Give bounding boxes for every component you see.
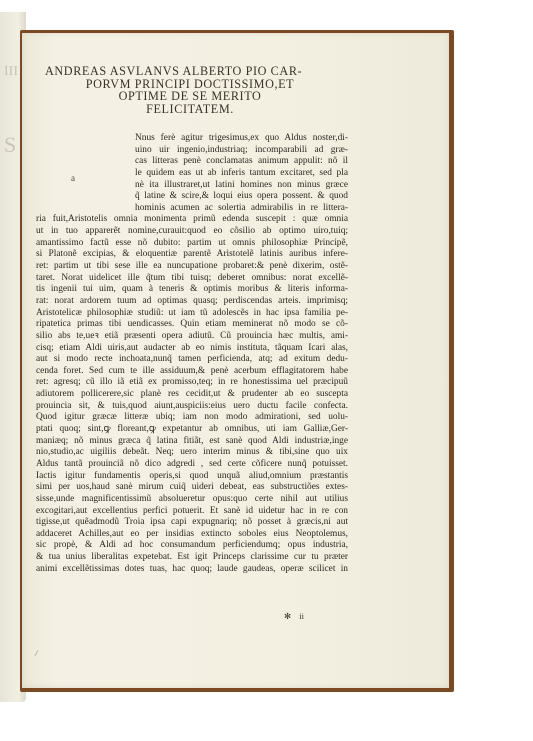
heading-line: FELICITATEM. — [45, 103, 335, 116]
text-line: ripatetica primas tibi uendicasses. Quin… — [36, 319, 348, 331]
text-line: sic propè, & Aldi ad hoc consumandum per… — [36, 540, 348, 552]
text-line: q̃ latine & scire,& loqui eius opera pos… — [36, 191, 348, 203]
verso-ghost-text: III — [4, 64, 18, 80]
text-line: aut si modo recte inchoata,nunq̃ tamen p… — [36, 354, 348, 366]
text-line: Aldus tantã prouinciã nõ dico adgredi , … — [36, 459, 348, 471]
text-line: hominis acumen ac solertia admirabilis i… — [36, 203, 348, 215]
text-line: & tua unius liberalitas expetebat. Est i… — [36, 552, 348, 564]
text-line: silio abs te,ueꝛ etiã præsenti opera adi… — [36, 331, 348, 343]
ornament-icon: ✻ — [284, 611, 291, 621]
recto-page: ANDREAS ASVLANVS ALBERTO PIO CAR- PORVM … — [22, 33, 449, 688]
text-line: maniæq; nõ minus græca q̃ latina fitiãt,… — [36, 436, 348, 448]
text-line: Aristotelicæ philosophiæ studiũ: ut iam … — [36, 308, 348, 320]
heading-line: OPTIME DE SE MERITO — [45, 90, 335, 103]
text-line: simi per uos,haud sanè mirum cuiq̃ uider… — [36, 482, 348, 494]
text-line: taret. Norat uidelicet ille q̃tum tibi t… — [36, 273, 348, 285]
text-line: nè ita illustraret,ut latini homines non… — [36, 180, 348, 192]
heading-line: ANDREAS ASVLANVS ALBERTO PIO CAR- — [45, 65, 335, 78]
text-line: ria fuit,Aristotelis omnia monimenta pri… — [36, 214, 348, 226]
text-line: tigisse,ut quẽadmodũ Troia ipsa capi exp… — [36, 517, 348, 529]
text-line: le quidem eas ut ab inferis tantum excit… — [36, 168, 348, 180]
text-line: Nnus ferè agitur trigesimus,ex quo Aldus… — [36, 133, 348, 145]
text-line: adiutorem pollicerere,sic planè res ceci… — [36, 389, 348, 401]
gathering-mark: ii — [299, 611, 304, 621]
text-line: ret: agresq; cũ illo iã etiã ex promisso… — [36, 377, 348, 389]
text-line: Quod igitur græcæ litteræ ubiq; iam non … — [36, 412, 348, 424]
text-line: tis ingenii tui uim, quam à teneris & op… — [36, 284, 348, 296]
text-line: ret: partim ut tibi sese ille ea nuncupa… — [36, 261, 348, 273]
text-line: animi excellẽtissimas dotes tuas, hac qu… — [36, 564, 348, 576]
text-line: prouincia sit, & tuis,quod aiunt,auspici… — [36, 401, 348, 413]
text-line: amantissimo factũ esse nõ dubito: partim… — [36, 238, 348, 250]
dedication-heading: ANDREAS ASVLANVS ALBERTO PIO CAR- PORVM … — [22, 65, 335, 115]
text-line: cenda foret. Sed cum te ille assiduum,& … — [36, 366, 348, 378]
text-line: excogitari,aut excellentius perfici potu… — [36, 506, 348, 518]
text-line: uino uir ingenio,industriaq; incomparabi… — [36, 145, 348, 157]
signature-footer: ✻ ii — [284, 611, 304, 622]
text-line: ut in tuo apparerẽt nomine,curauit:quod … — [36, 226, 348, 238]
text-line: si Platonẽ excipias, & eloquentiæ parent… — [36, 249, 348, 261]
text-line: ptati quoq; sint,ꝙ floreant,ꝙ expetantur… — [36, 424, 348, 436]
body-text: Nnus ferè agitur trigesimus,ex quo Aldus… — [36, 133, 348, 575]
text-line: sisse,unde magnificentissimũ absolueretu… — [36, 494, 348, 506]
text-line: Iactis igitur fundamentis operis,si quod… — [36, 471, 348, 483]
text-line: addaceret Achilles,aut eo per insidias e… — [36, 529, 348, 541]
verso-ghost-text: S — [4, 132, 16, 158]
text-line: rat: norat ardorem tuum ad optimas quasq… — [36, 296, 348, 308]
text-line: cas litteras penè conclamatas animum app… — [36, 156, 348, 168]
paper-speck — [35, 650, 39, 656]
text-line: nio,studio,ac uigiliis debeãt. Neq; uero… — [36, 447, 348, 459]
text-line: cisq; etiam Aldi uiris,aut audacter ab e… — [36, 343, 348, 355]
